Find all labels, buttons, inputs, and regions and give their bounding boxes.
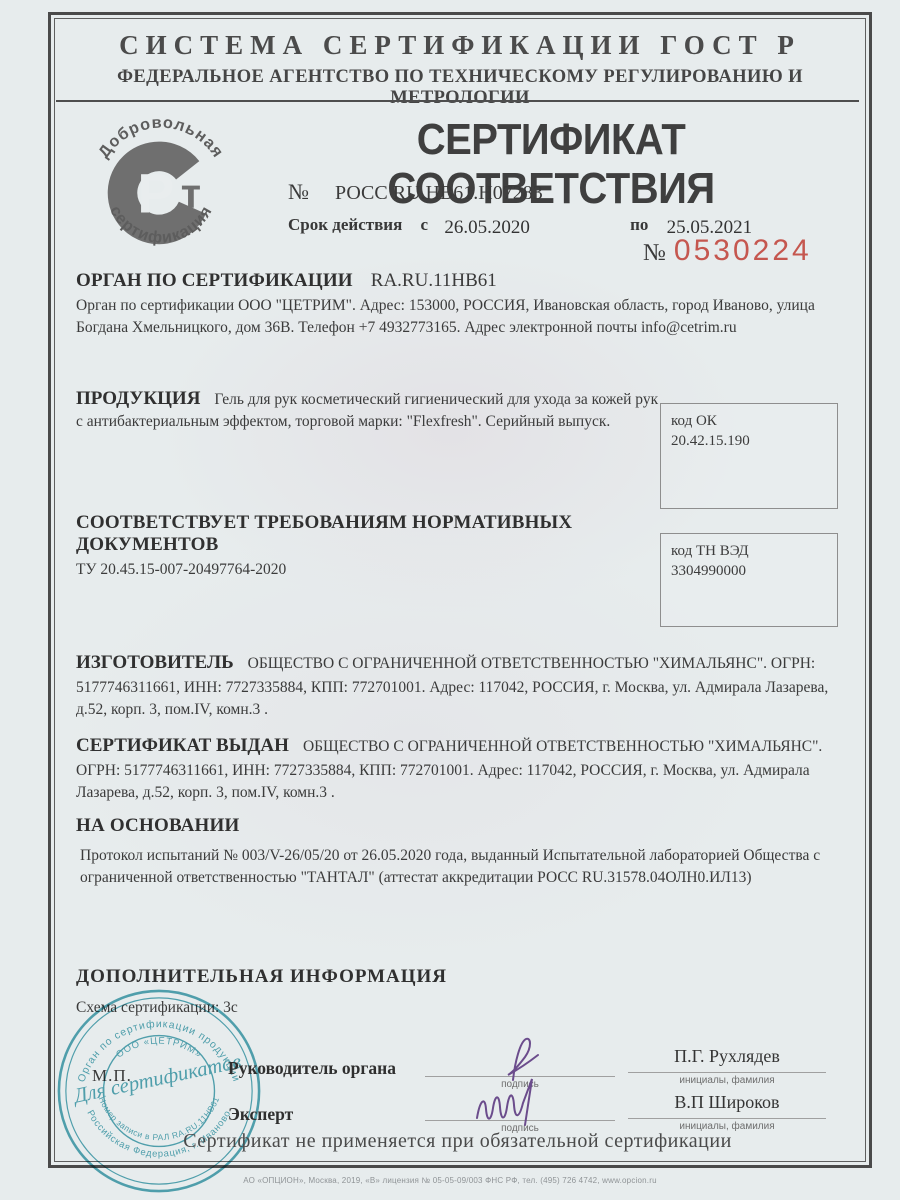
expert-name-cell: В.П Широков инициалы, фамилия (628, 1092, 826, 1132)
validity-label: Срок действия (288, 215, 402, 234)
basis-heading: НА ОСНОВАНИИ (76, 815, 838, 837)
conformity-heading: СООТВЕТСТВУЕТ ТРЕБОВАНИЯМ НОРМАТИВНЫХ ДО… (76, 512, 656, 556)
header-agency-title: ФЕДЕРАЛЬНОЕ АГЕНТСТВО ПО ТЕХНИЧЕСКОМУ РЕ… (48, 67, 872, 109)
print-footer: АО «ОПЦИОН», Москва, 2019, «В» лицензия … (0, 1176, 900, 1185)
section-product: ПРОДУКЦИЯГель для рук косметический гиги… (76, 388, 668, 433)
serial-number-sign: № (643, 240, 666, 266)
expert-signature-icon (467, 1076, 567, 1128)
conformity-text: ТУ 20.45.15-007-20497764-2020 (76, 559, 656, 581)
head-name-cell: П.Г. Рухлядев инициалы, фамилия (628, 1046, 826, 1086)
basis-text: Протокол испытаний № 003/V-26/05/20 от 2… (76, 845, 838, 889)
certification-body-text: Орган по сертификации ООО "ЦЕТРИМ". Адре… (76, 295, 852, 339)
section-conformity: СООТВЕТСТВУЕТ ТРЕБОВАНИЯМ НОРМАТИВНЫХ ДО… (76, 512, 656, 581)
head-name-caption: инициалы, фамилия (628, 1075, 826, 1086)
expert-signature-cell: подпись (425, 1080, 615, 1134)
ok-code-box: код ОК 20.42.15.190 (660, 403, 838, 509)
head-role-label: Руководитель органа (228, 1058, 396, 1079)
expert-name: В.П Широков (628, 1092, 826, 1119)
header-system-title: СИСТЕМА СЕРТИФИКАЦИИ ГОСТ Р (48, 30, 872, 61)
certificate-number: РОСС RU.НВ61.Н07283 (335, 182, 543, 204)
certification-body-heading: ОРГАН ПО СЕРТИФИКАЦИИ (76, 270, 353, 291)
validity-from-date: 26.05.2020 (444, 217, 530, 238)
section-basis: НА ОСНОВАНИИ Протокол испытаний № 003/V-… (76, 815, 838, 889)
tnved-code-box: код ТН ВЭД 3304990000 (660, 533, 838, 627)
serial-number: 0530224 (674, 234, 812, 267)
product-heading: ПРОДУКЦИЯ (76, 388, 200, 409)
certificate-number-row: №РОСС RU.НВ61.Н07283 (288, 179, 543, 205)
section-manufacturer: ИЗГОТОВИТЕЛЬОБЩЕСТВО С ОГРАНИЧЕННОЙ ОТВЕ… (76, 650, 850, 721)
validity-row: Срок действия с 26.05.2020 по 25.05.2021 (288, 214, 752, 236)
svg-text:ООО «ЦЕТРИМ»: ООО «ЦЕТРИМ» (114, 1035, 205, 1060)
section-certification-body: ОРГАН ПО СЕРТИФИКАЦИИ RA.RU.11НВ61 Орган… (76, 270, 852, 339)
certification-stamp-icon: Орган по сертификации продукции ООО «ЦЕТ… (50, 982, 268, 1200)
certification-body-reg-no: RA.RU.11НВ61 (371, 270, 497, 291)
header-separator (56, 100, 859, 102)
ok-code-label: код ОК (671, 411, 827, 431)
tnved-code-label: код ТН ВЭД (671, 541, 827, 561)
blank-serial-row: №0530224 (643, 234, 812, 268)
bottom-note: Сертификат не применяется при обязательн… (56, 1130, 859, 1153)
rst-logo-icon: Р т Добровольная сертификация (82, 110, 240, 258)
logo-letter-p: Р (137, 163, 174, 225)
number-sign: № (288, 179, 309, 204)
stamp-arc-top-inner-text: ООО «ЦЕТРИМ» (114, 1035, 205, 1060)
ok-code-value: 20.42.15.190 (671, 431, 827, 451)
expert-role-label: Эксперт (228, 1104, 293, 1125)
validity-to-label: по (630, 215, 648, 234)
tnved-code-value: 3304990000 (671, 561, 827, 581)
section-issued-to: СЕРТИФИКАТ ВЫДАНОБЩЕСТВО С ОГРАНИЧЕННОЙ … (76, 733, 850, 804)
head-name: П.Г. Рухлядев (628, 1046, 826, 1073)
validity-from-label: с (421, 215, 429, 234)
manufacturer-heading: ИЗГОТОВИТЕЛЬ (76, 652, 234, 673)
issued-to-heading: СЕРТИФИКАТ ВЫДАН (76, 735, 289, 756)
